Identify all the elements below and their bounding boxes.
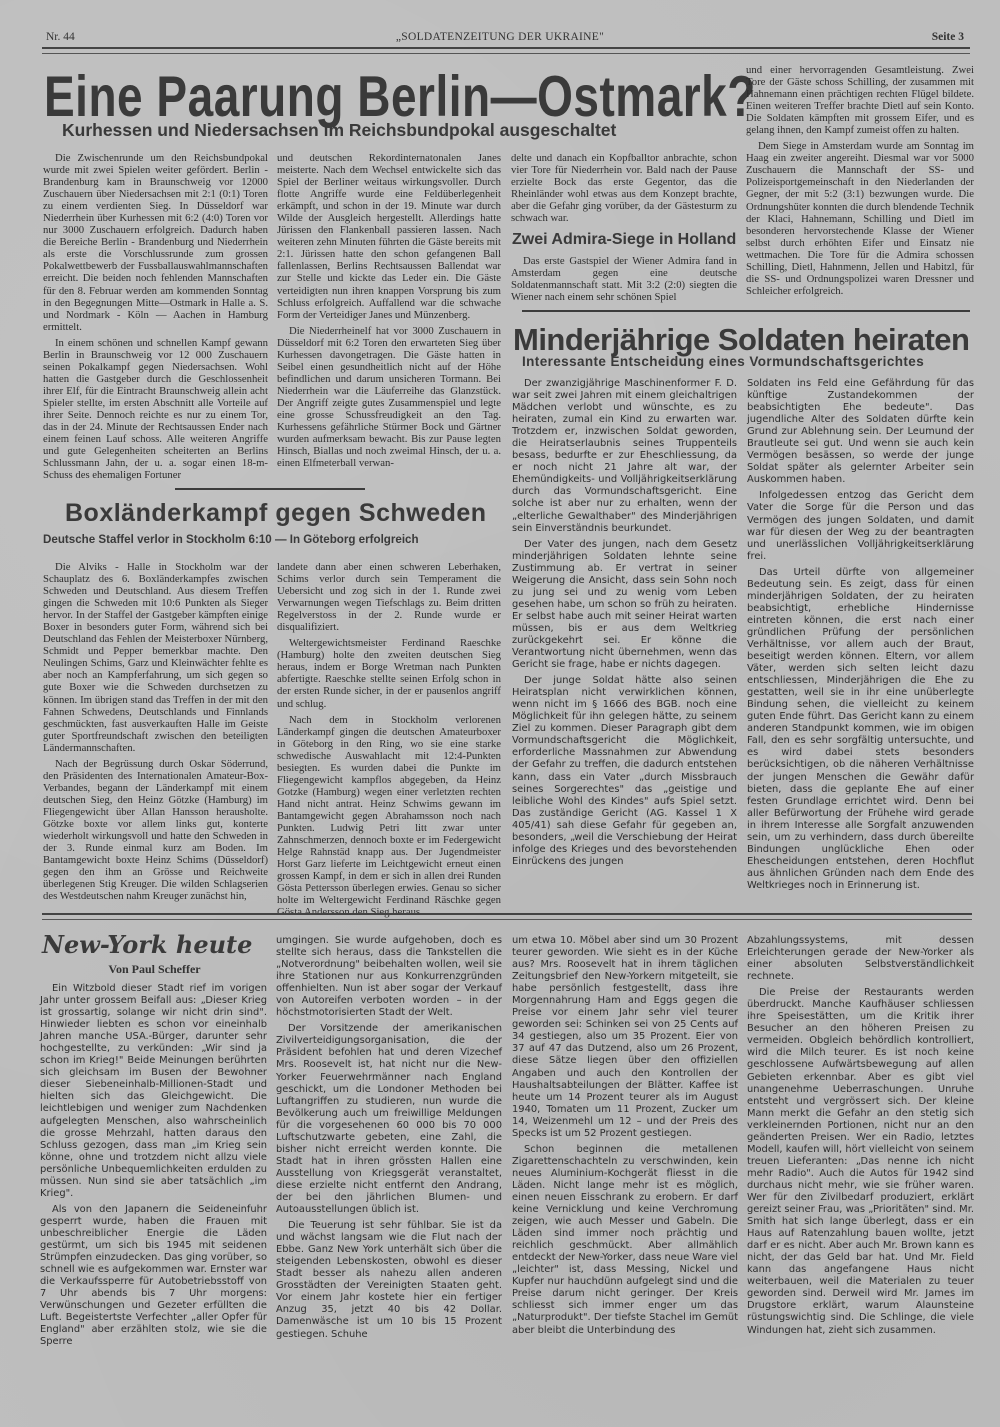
paragraph: um etwa 10. Möbel aber sind um 30 Prozen…: [512, 935, 738, 1140]
paragraph: Die Niederrheinelf hat vor 3000 Zuschaue…: [277, 325, 501, 470]
paragraph: Die Teuerung ist sehr fühlbar. Sie ist d…: [276, 1220, 502, 1340]
marriage-col-2: Soldaten ins Feld eine Gefährdung für da…: [747, 378, 974, 896]
newyork-col-3: um etwa 10. Möbel aber sind um 30 Prozen…: [512, 935, 738, 1341]
paragraph: Die Zwischenrunde um den Reichsbundpokal…: [43, 152, 268, 333]
admira-col-2: und einer hervorragenden Gesamtleistung.…: [746, 64, 974, 301]
football-col-1: Die Zwischenrunde um den Reichsbundpokal…: [43, 152, 268, 485]
paragraph: Als von den Japanern die Seideneinfuhr g…: [40, 1204, 267, 1349]
marriage-col-1: Der zwanzigjährige Maschinenformer F. D.…: [512, 378, 737, 872]
paragraph: und deutschen Rekordinternatonalen Janes…: [277, 152, 501, 321]
section-divider: [522, 310, 970, 312]
headline-marriage: Minderjährige Soldaten heiraten: [513, 322, 969, 358]
paragraph: umgingen. Sie wurde aufgehoben, doch es …: [276, 935, 502, 1019]
boxing-col-1: Die Alviks - Halle in Stockholm war der …: [43, 561, 268, 906]
masthead-rule: [42, 47, 970, 54]
paragraph: Weltergewichtsmeister Ferdinand Raeschke…: [277, 637, 501, 709]
paragraph: Dem Siege in Amsterdam wurde am Sonntag …: [746, 140, 974, 297]
newyork-col-4: Abzahlungssystems, mit dessen Erleichter…: [747, 935, 974, 1341]
section-divider: [175, 488, 365, 490]
football-col-3: delte und danach ein Kopfballtor anbrach…: [511, 152, 737, 228]
paragraph: Der junge Soldat hätte also seinen Heira…: [512, 675, 737, 868]
paragraph: und einer hervorragenden Gesamtleistung.…: [746, 64, 974, 136]
paragraph: delte und danach ein Kopfballtor anbrach…: [511, 152, 737, 224]
paragraph: Abzahlungssystems, mit dessen Erleichter…: [747, 935, 974, 983]
paragraph: Der zwanzigjährige Maschinenformer F. D.…: [512, 378, 737, 535]
admira-col-1: Das erste Gastspiel der Wiener Admira fa…: [511, 255, 737, 307]
paragraph: Nach der Begrüssung durch Oskar Söderrun…: [43, 758, 268, 903]
boxing-col-2: landete dann aber einen schweren Leberha…: [277, 561, 501, 922]
football-col-2: und deutschen Rekordinternatonalen Janes…: [277, 152, 501, 473]
byline: Von Paul Scheffer: [42, 962, 267, 977]
paragraph: Der Vorsitzende der amerikanischen Zivil…: [276, 1023, 502, 1216]
section-divider: [42, 913, 972, 920]
headline-newyork: New-York heute: [42, 930, 252, 959]
paragraph: Die Preise der Restaurants werden überdr…: [747, 987, 974, 1336]
newspaper-title: „SOLDATENZEITUNG DER UKRAINE": [0, 31, 1000, 43]
paragraph: Schon beginnen die metallenen Zigaretten…: [512, 1144, 738, 1337]
paragraph: Infolgedessen entzog das Gericht dem Vat…: [747, 490, 974, 562]
paragraph: Die Alviks - Halle in Stockholm war der …: [43, 561, 268, 754]
paragraph: Nach dem in Stockholm verlorenen Länderk…: [277, 714, 501, 919]
paragraph: landete dann aber einen schweren Leberha…: [277, 561, 501, 633]
paragraph: Soldaten ins Feld eine Gefährdung für da…: [747, 378, 974, 486]
paragraph: Das Urteil dürfte von allgemeiner Bedeut…: [747, 567, 974, 892]
paragraph: Ein Witzbold dieser Stadt rief im vorige…: [40, 983, 267, 1200]
headline-admira: Zwei Admira-Siege in Holland: [512, 231, 736, 249]
subheadline-football: Kurhessen und Niedersachsen im Reichsbun…: [62, 120, 616, 141]
paragraph: In einem schönen und schnellen Kampf gew…: [43, 337, 268, 482]
subheadline-boxing: Deutsche Staffel verlor in Stockholm 6:1…: [43, 533, 419, 546]
headline-boxing: Boxländerkampf gegen Schweden: [65, 499, 487, 528]
page-number: Seite 3: [932, 31, 964, 43]
newyork-col-1: Ein Witzbold dieser Stadt rief im vorige…: [40, 983, 267, 1352]
subheadline-marriage: Interessante Entscheidung eines Vormunds…: [522, 354, 924, 369]
newyork-col-2: umgingen. Sie wurde aufgehoben, doch es …: [276, 935, 502, 1345]
paragraph: Der Vater des jungen, nach dem Gesetz mi…: [512, 539, 737, 672]
paragraph: Das erste Gastspiel der Wiener Admira fa…: [511, 255, 737, 303]
